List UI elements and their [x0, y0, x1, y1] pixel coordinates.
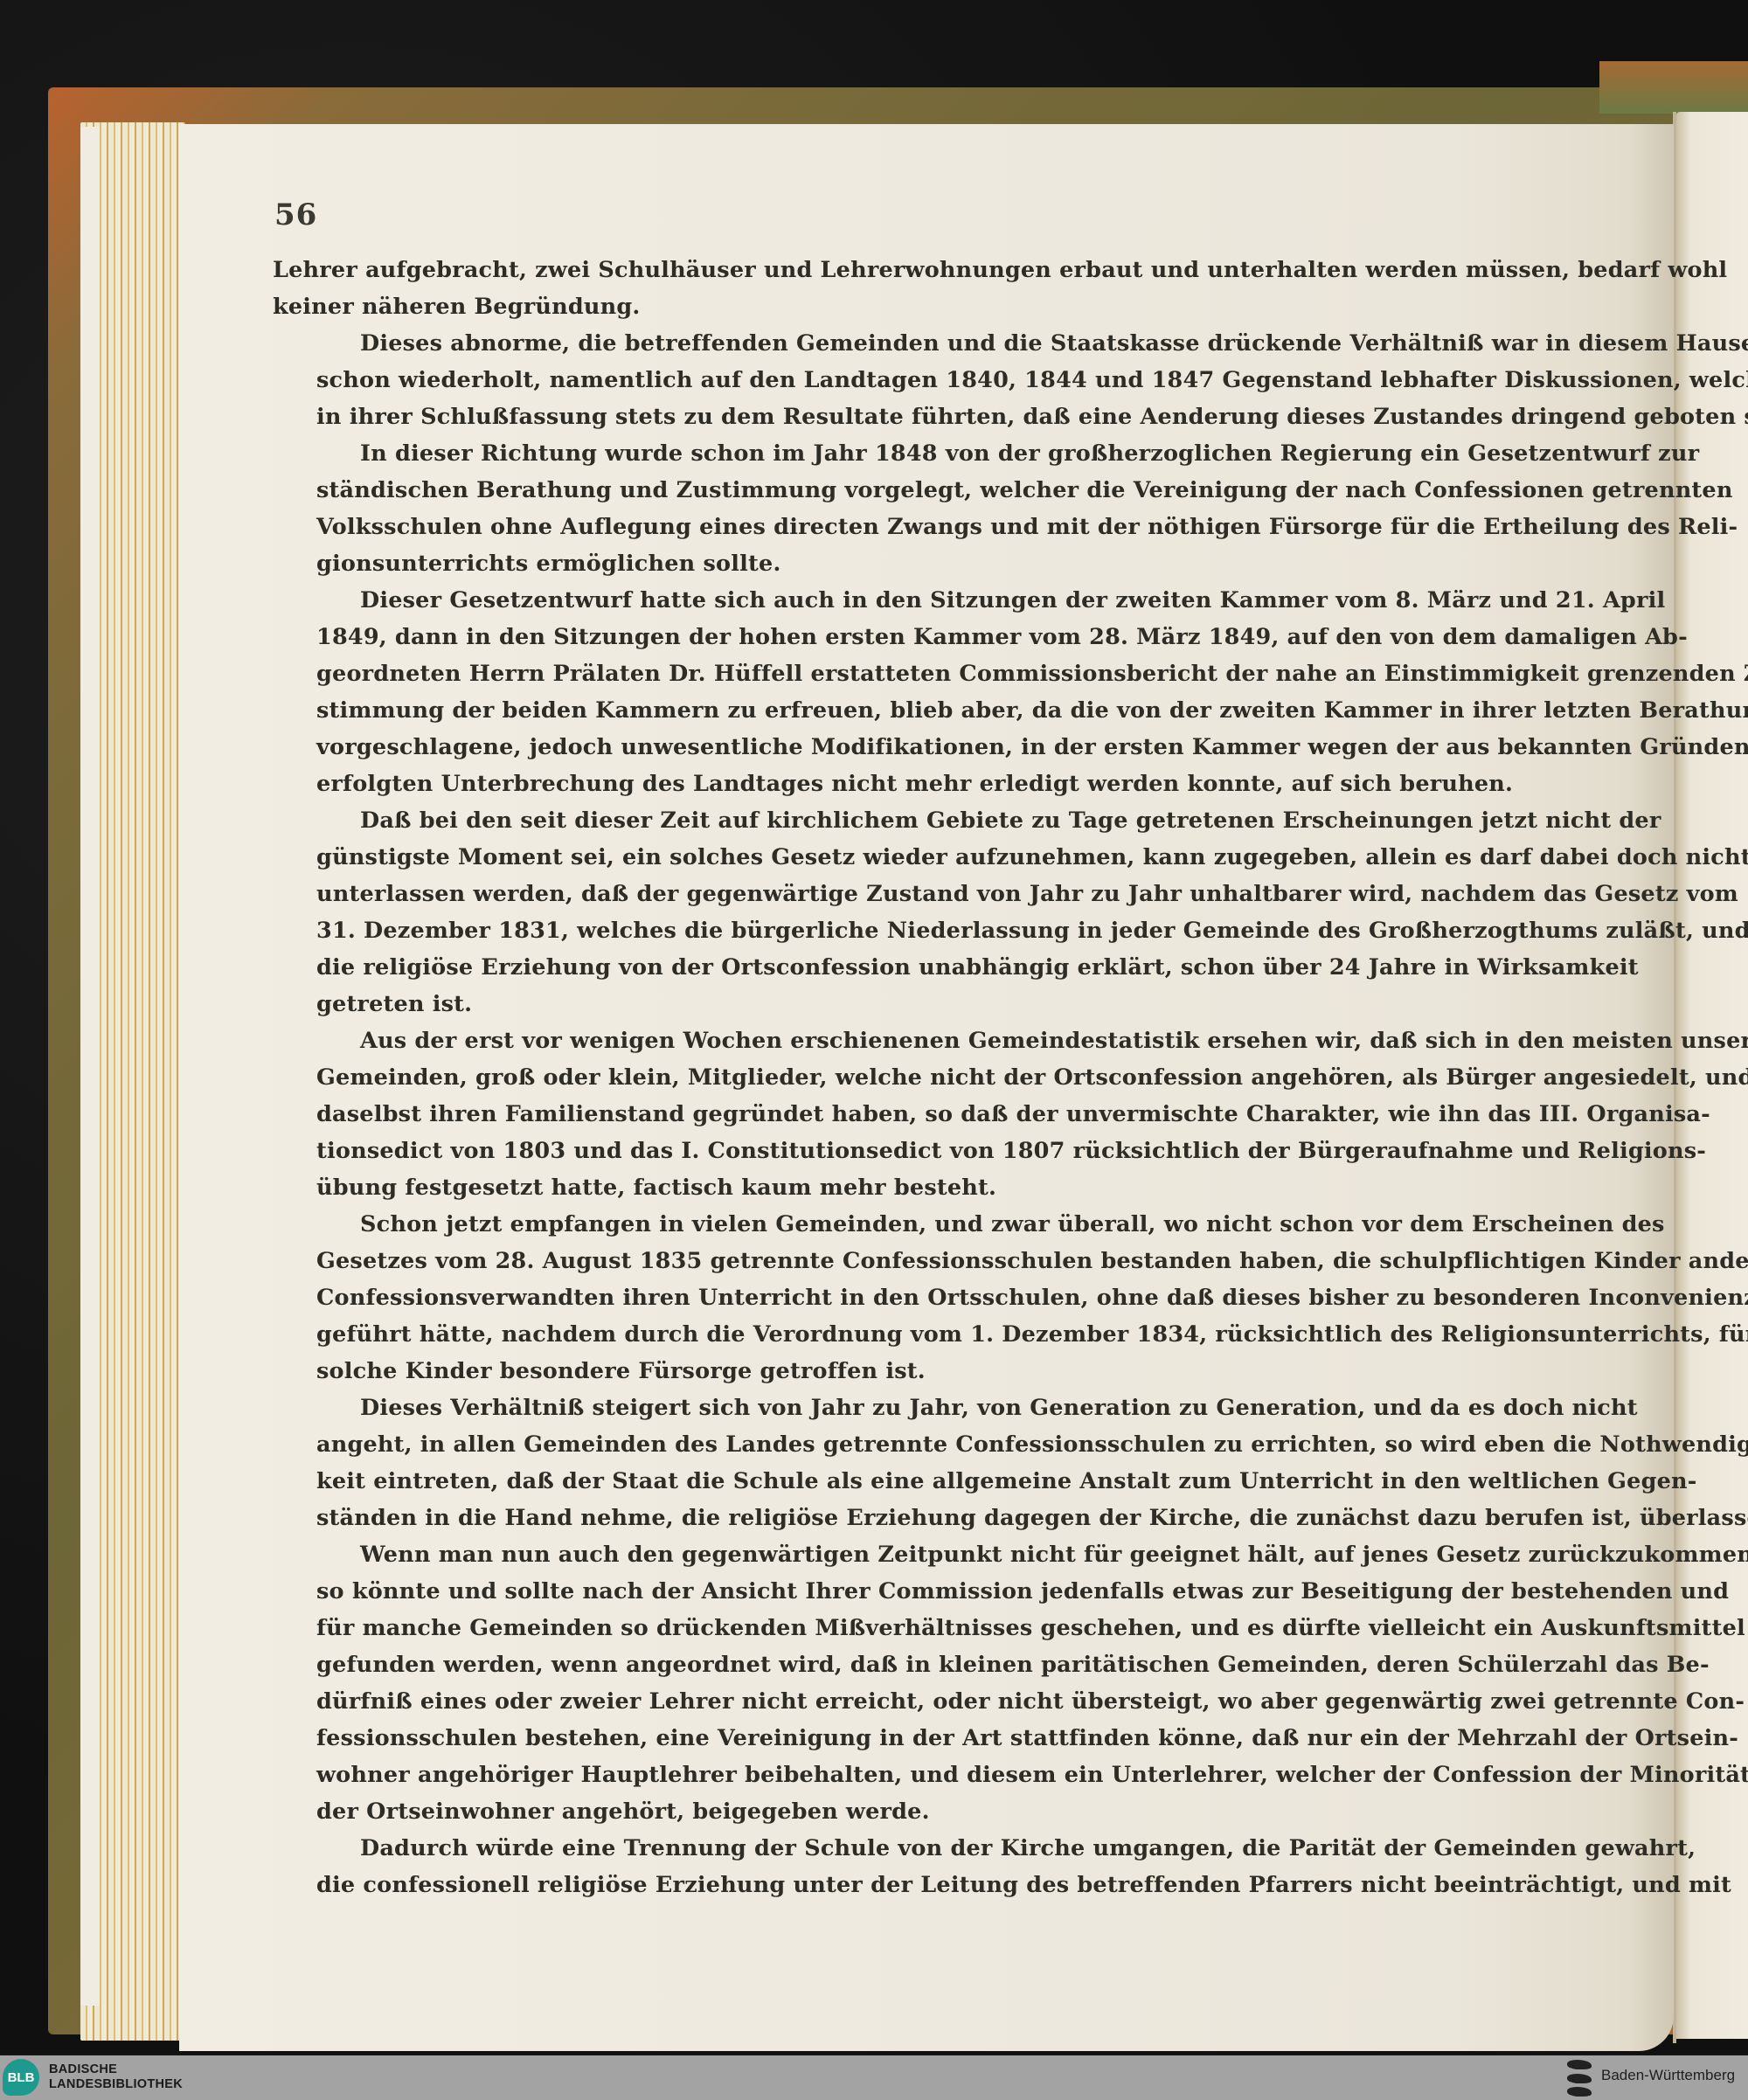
text-line: vorgeschlagene, jedoch unwesentliche Mod… [273, 729, 1588, 766]
text-line: Gemeinden, groß oder klein, Mitglieder, … [273, 1059, 1588, 1096]
baden-wuerttemberg-label[interactable]: Baden-Württemberg [1601, 2067, 1735, 2084]
paragraph: Lehrer aufgebracht, zwei Schulhäuser und… [273, 252, 1588, 325]
text-line: geführt hätte, nachdem durch die Verordn… [273, 1316, 1588, 1353]
text-line: der Ortseinwohner angehört, beigegeben w… [273, 1793, 1588, 1830]
text-line: Confessionsverwandten ihren Unterricht i… [273, 1279, 1588, 1316]
text-line: solche Kinder besondere Fürsorge getroff… [273, 1353, 1588, 1390]
text-line: getreten ist. [273, 986, 1588, 1022]
paragraph: Schon jetzt empfangen in vielen Gemeinde… [273, 1206, 1588, 1390]
text-line: Schon jetzt empfangen in vielen Gemeinde… [273, 1206, 1588, 1243]
text-line: erfolgten Unterbrechung des Landtages ni… [273, 766, 1588, 802]
text-line: Dadurch würde eine Trennung der Schule v… [273, 1830, 1588, 1867]
text-line: tionsedict von 1803 und das I. Constitut… [273, 1133, 1588, 1169]
paragraph: In dieser Richtung wurde schon im Jahr 1… [273, 435, 1588, 582]
library-name-line1: BADISCHE [49, 2062, 183, 2077]
text-line: 31. Dezember 1831, welches die bürgerlic… [273, 912, 1588, 949]
text-line: in ihrer Schlußfassung stets zu dem Resu… [273, 399, 1588, 435]
page-content: 56 Lehrer aufgebracht, zwei Schulhäuser … [273, 198, 1588, 1903]
footer-bar [0, 2055, 1748, 2100]
paragraph: Dadurch würde eine Trennung der Schule v… [273, 1830, 1588, 1903]
text-line: Dieses abnorme, die betreffenden Gemeind… [273, 325, 1588, 362]
paragraph: Aus der erst vor wenigen Wochen erschien… [273, 1022, 1588, 1206]
library-name-line2: LANDESBIBLIOTHEK [49, 2077, 183, 2092]
paragraph: Dieses abnorme, die betreffenden Gemeind… [273, 325, 1588, 435]
text-line: 1849, dann in den Sitzungen der hohen er… [273, 619, 1588, 655]
text-line: geordneten Herrn Prälaten Dr. Hüffell er… [273, 655, 1588, 692]
text-line: wohner angehöriger Hauptlehrer beibehalt… [273, 1757, 1588, 1793]
book-cover-right-edge [1599, 61, 1748, 114]
paragraph: Dieses Verhältniß steigert sich von Jahr… [273, 1390, 1588, 1536]
library-name[interactable]: BADISCHE LANDESBIBLIOTHEK [49, 2062, 183, 2092]
text-line: keiner näheren Begründung. [273, 288, 1588, 325]
text-line: Daß bei den seit dieser Zeit auf kirchli… [273, 802, 1588, 839]
text-line: dürfniß eines oder zweier Lehrer nicht e… [273, 1683, 1588, 1720]
text-line: keit eintreten, daß der Staat die Schule… [273, 1463, 1588, 1500]
text-line: Dieses Verhältniß steigert sich von Jahr… [273, 1390, 1588, 1426]
text-line: stimmung der beiden Kammern zu erfreuen,… [273, 692, 1588, 729]
text-line: günstigste Moment sei, ein solches Geset… [273, 839, 1588, 876]
text-line: Gesetzes vom 28. August 1835 getrennte C… [273, 1243, 1588, 1279]
paragraph: Daß bei den seit dieser Zeit auf kirchli… [273, 802, 1588, 1022]
page-text: Lehrer aufgebracht, zwei Schulhäuser und… [273, 252, 1588, 1903]
text-line: die confessionell religiöse Erziehung un… [273, 1867, 1588, 1903]
text-line: für manche Gemeinden so drückenden Mißve… [273, 1610, 1588, 1646]
page-edge-white [80, 127, 100, 2006]
text-line: gefunden werden, wenn angeordnet wird, d… [273, 1646, 1588, 1683]
text-line: Lehrer aufgebracht, zwei Schulhäuser und… [273, 252, 1588, 288]
text-line: fessionsschulen bestehen, eine Vereinigu… [273, 1720, 1588, 1757]
text-line: ständen in die Hand nehme, die religiöse… [273, 1500, 1588, 1536]
text-line: daselbst ihren Familienstand gegründet h… [273, 1096, 1588, 1133]
text-line: In dieser Richtung wurde schon im Jahr 1… [273, 435, 1588, 472]
text-line: ständischen Berathung und Zustimmung vor… [273, 472, 1588, 509]
text-line: angeht, in allen Gemeinden des Landes ge… [273, 1426, 1588, 1463]
text-line: so könnte und sollte nach der Ansicht Ih… [273, 1573, 1588, 1610]
page-number: 56 [274, 198, 1588, 232]
text-line: Aus der erst vor wenigen Wochen erschien… [273, 1022, 1588, 1059]
text-line: Volksschulen ohne Auflegung eines direct… [273, 509, 1588, 545]
text-line: Dieser Gesetzentwurf hatte sich auch in … [273, 582, 1588, 619]
blb-logo-icon[interactable]: BLB [3, 2059, 39, 2096]
text-line: übung festgesetzt hatte, factisch kaum m… [273, 1169, 1588, 1206]
paragraph: Wenn man nun auch den gegenwärtigen Zeit… [273, 1536, 1588, 1830]
blb-logo-text: BLB [8, 2070, 35, 2085]
baden-wuerttemberg-crest-icon [1567, 2060, 1592, 2097]
text-line: die religiöse Erziehung von der Ortsconf… [273, 949, 1588, 986]
text-line: gionsunterrichts ermöglichen sollte. [273, 545, 1588, 582]
text-line: Wenn man nun auch den gegenwärtigen Zeit… [273, 1536, 1588, 1573]
paragraph: Dieser Gesetzentwurf hatte sich auch in … [273, 582, 1588, 802]
text-line: schon wiederholt, namentlich auf den Lan… [273, 362, 1588, 399]
text-line: unterlassen werden, daß der gegenwärtige… [273, 876, 1588, 912]
